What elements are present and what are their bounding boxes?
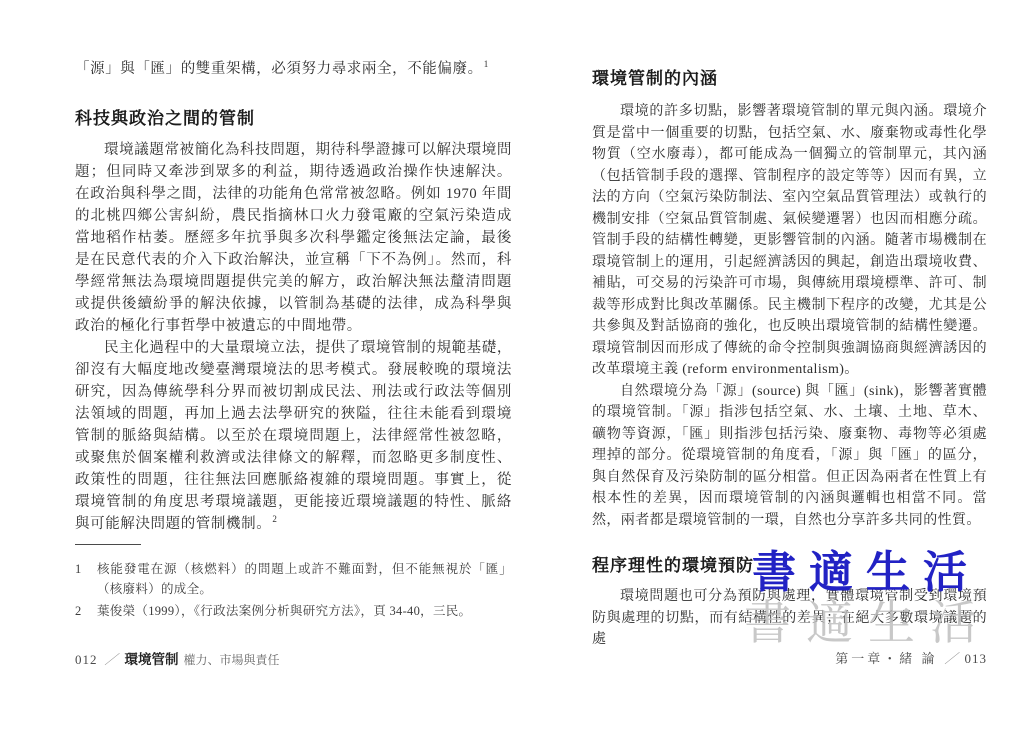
section-heading-procedural-prevention: 程序理性的環境預防 xyxy=(592,551,987,576)
section-heading-science-politics: 科技與政治之間的管制 xyxy=(75,104,512,129)
footnote-1: 1 核能發電在源（核燃料）的問題上或許不難面對，但不能無視於「匯」（核廢料）的成… xyxy=(75,559,512,599)
section-heading-regulation-content: 環境管制的內涵 xyxy=(592,0,987,89)
paragraph-5: 環境問題也可分為預防與處理，實體環境管制受到環境預防與處理的切點，而有結構性的差… xyxy=(592,586,987,651)
chapter-title: 第一章・緒 論 xyxy=(835,651,937,666)
paragraph-continuation: 「源」與「匯」的雙重架構，必須努力尋求兩全，不能偏廢。1 xyxy=(75,0,512,80)
paragraph-3: 環境的許多切點，影響著環境管制的單元與內涵。環境介質是當中一個重要的切點，包括空… xyxy=(592,101,987,381)
footnote-1-text: 核能發電在源（核燃料）的問題上或許不難面對，但不能無視於「匯」（核廢料）的成全。 xyxy=(97,559,512,599)
book-title: 環境管制 xyxy=(125,652,179,667)
footer-slash-right: ／ xyxy=(937,651,964,666)
page-left: 「源」與「匯」的雙重架構，必須努力尋求兩全，不能偏廢。1 科技與政治之間的管制 … xyxy=(75,0,512,733)
footnotes-block: 1 核能發電在源（核燃料）的問題上或許不難面對，但不能無視於「匯」（核廢料）的成… xyxy=(75,544,512,623)
footnote-2-text: 葉俊榮（1999），《行政法案例分析與研究方法》，頁 34-40，三民。 xyxy=(97,601,512,621)
footnote-1-number: 1 xyxy=(75,559,97,599)
book-subtitle: 權力、市場與責任 xyxy=(184,653,280,667)
paragraph-2-text: 民主化過程中的大量環境立法，提供了環境管制的規範基礎，卻沒有大幅度地改變臺灣環境… xyxy=(75,340,512,532)
footnote-2: 2 葉俊榮（1999），《行政法案例分析與研究方法》，頁 34-40，三民。 xyxy=(75,601,512,621)
page-number-right: 013 xyxy=(965,651,988,666)
footnote-2-number: 2 xyxy=(75,601,97,621)
page-number-left: 012 xyxy=(75,652,98,667)
footnote-separator xyxy=(75,544,141,545)
page-footer-left: 012／環境管制權力、市場與責任 xyxy=(75,648,512,668)
paragraph-1: 環境議題常被簡化為科技問題，期待科學證據可以解決環境問題；但同時又牽涉到眾多的利… xyxy=(75,139,512,337)
footer-slash-left: ／ xyxy=(98,652,125,667)
book-spread: 「源」與「匯」的雙重架構，必須努力尋求兩全，不能偏廢。1 科技與政治之間的管制 … xyxy=(0,0,1025,733)
footnote-ref-2: 2 xyxy=(272,514,277,524)
footnote-ref-1: 1 xyxy=(484,59,489,69)
page-footer-right: 第一章・緒 論／013 xyxy=(592,648,987,667)
page-right: 環境管制的內涵 環境的許多切點，影響著環境管制的單元與內涵。環境介質是當中一個重… xyxy=(592,0,987,733)
continuation-text: 「源」與「匯」的雙重架構，必須努力尋求兩全，不能偏廢。 xyxy=(75,61,483,77)
paragraph-2: 民主化過程中的大量環境立法，提供了環境管制的規範基礎，卻沒有大幅度地改變臺灣環境… xyxy=(75,337,512,535)
paragraph-4: 自然環境分為「源」(source) 與「匯」(sink)，影響著實體的環境管制。… xyxy=(592,381,987,532)
